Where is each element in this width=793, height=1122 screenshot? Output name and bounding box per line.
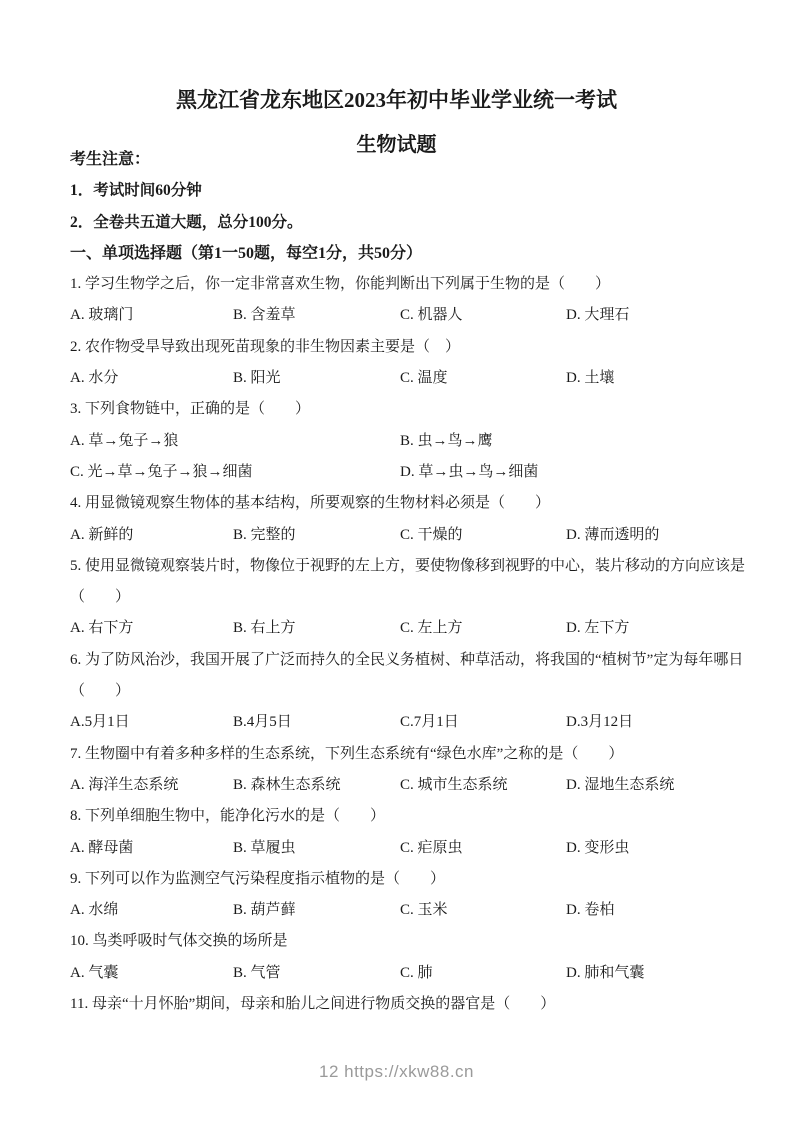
section-header: 一、单项选择题（第1一50题，每空1分，共50分） (70, 238, 753, 269)
question-stem: 3. 下列食物链中，正确的是（ ） (70, 394, 753, 425)
question-3: 3. 下列食物链中，正确的是（ ）A. 草→兔子→狼B. 虫→鸟→鹰C. 光→草… (70, 394, 753, 488)
options-row: A. 气囊B. 气管C. 肺D. 肺和气囊 (70, 958, 753, 989)
question-2: 2. 农作物受旱导致出现死苗现象的非生物因素主要是（ ）A. 水分B. 阳光C.… (70, 332, 753, 395)
options-row: C. 光→草→兔子→狼→细菌D. 草→虫→鸟→细菌 (70, 457, 753, 488)
option: A. 新鲜的 (70, 520, 233, 551)
option: A. 右下方 (70, 613, 233, 644)
option: B. 森林生态系统 (233, 770, 400, 801)
option: A. 水分 (70, 363, 233, 394)
exam-page: 黑龙江省龙东地区2023年初中毕业学业统一考试 生物试题 考生注意： 1．考试时… (0, 0, 793, 1122)
option: D. 左下方 (566, 613, 753, 644)
option: C. 温度 (400, 363, 566, 394)
option: C. 光→草→兔子→狼→细菌 (70, 457, 400, 488)
options-row: A. 右下方B. 右上方C. 左上方D. 左下方 (70, 613, 753, 644)
options-row: A. 玻璃门B. 含羞草C. 机器人D. 大理石 (70, 300, 753, 331)
option: C. 肺 (400, 958, 566, 989)
option: D. 湿地生态系统 (566, 770, 753, 801)
option: D. 土壤 (566, 363, 753, 394)
option: B. 葫芦藓 (233, 895, 400, 926)
option: C. 玉米 (400, 895, 566, 926)
option: A.5月1日 (70, 707, 233, 738)
question-8: 8. 下列单细胞生物中，能净化污水的是（ ）A. 酵母菌B. 草履虫C. 疟原虫… (70, 801, 753, 864)
options-row: A. 水绵B. 葫芦藓C. 玉米D. 卷柏 (70, 895, 753, 926)
option: B. 完整的 (233, 520, 400, 551)
option: A. 酵母菌 (70, 833, 233, 864)
options-row: A.5月1日B.4月5日C.7月1日D.3月12日 (70, 707, 753, 738)
option: C. 机器人 (400, 300, 566, 331)
question-stem: 4. 用显微镜观察生物体的基本结构，所要观察的生物材料必须是（ ） (70, 488, 753, 519)
options-row: A. 草→兔子→狼B. 虫→鸟→鹰 (70, 426, 753, 457)
question-7: 7. 生物圈中有着多种多样的生态系统，下列生态系统有“绿色水库”之称的是（ ）A… (70, 739, 753, 802)
question-stem: 9. 下列可以作为监测空气污染程度指示植物的是（ ） (70, 864, 753, 895)
option: A. 海洋生态系统 (70, 770, 233, 801)
question-4: 4. 用显微镜观察生物体的基本结构，所要观察的生物材料必须是（ ）A. 新鲜的B… (70, 488, 753, 551)
option: D. 大理石 (566, 300, 753, 331)
option: C.7月1日 (400, 707, 566, 738)
options-row: A. 酵母菌B. 草履虫C. 疟原虫D. 变形虫 (70, 833, 753, 864)
notice-item-1: 1．考试时间60分钟 (70, 175, 753, 206)
option: D. 薄而透明的 (566, 520, 753, 551)
question-stem: 2. 农作物受旱导致出现死苗现象的非生物因素主要是（ ） (70, 332, 753, 363)
options-row: A. 新鲜的B. 完整的C. 干燥的D. 薄而透明的 (70, 520, 753, 551)
question-stem: 1. 学习生物学之后，你一定非常喜欢生物，你能判断出下列属于生物的是（ ） (70, 269, 753, 300)
option: A. 气囊 (70, 958, 233, 989)
option: B.4月5日 (233, 707, 400, 738)
page-title: 黑龙江省龙东地区2023年初中毕业学业统一考试 (0, 84, 793, 114)
question-stem: 5. 使用显微镜观察装片时，物像位于视野的左上方，要使物像移到视野的中心，装片移… (70, 551, 753, 582)
question-stem: （ ） (70, 676, 753, 707)
option: D.3月12日 (566, 707, 753, 738)
question-6: 6. 为了防风治沙，我国开展了广泛而持久的全民义务植树、种草活动，将我国的“植树… (70, 645, 753, 739)
option: D. 肺和气囊 (566, 958, 753, 989)
question-10: 10. 鸟类呼吸时气体交换的场所是A. 气囊B. 气管C. 肺D. 肺和气囊 (70, 926, 753, 989)
option: D. 草→虫→鸟→细菌 (400, 457, 753, 488)
question-5: 5. 使用显微镜观察装片时，物像位于视野的左上方，要使物像移到视野的中心，装片移… (70, 551, 753, 645)
question-stem: 6. 为了防风治沙，我国开展了广泛而持久的全民义务植树、种草活动，将我国的“植树… (70, 645, 753, 676)
questions: 1. 学习生物学之后，你一定非常喜欢生物，你能判断出下列属于生物的是（ ）A. … (70, 269, 753, 1020)
question-stem: 8. 下列单细胞生物中，能净化污水的是（ ） (70, 801, 753, 832)
option: C. 城市生态系统 (400, 770, 566, 801)
options-row: A. 海洋生态系统B. 森林生态系统C. 城市生态系统D. 湿地生态系统 (70, 770, 753, 801)
page-footer-watermark: 12 https://xkw88.cn (0, 1062, 793, 1082)
question-11: 11. 母亲“十月怀胎”期间，母亲和胎儿之间进行物质交换的器官是（ ） (70, 989, 753, 1020)
option: A. 草→兔子→狼 (70, 426, 400, 457)
option: B. 气管 (233, 958, 400, 989)
option: C. 干燥的 (400, 520, 566, 551)
options-row: A. 水分B. 阳光C. 温度D. 土壤 (70, 363, 753, 394)
question-9: 9. 下列可以作为监测空气污染程度指示植物的是（ ）A. 水绵B. 葫芦藓C. … (70, 864, 753, 927)
option: A. 玻璃门 (70, 300, 233, 331)
option: D. 变形虫 (566, 833, 753, 864)
option: B. 虫→鸟→鹰 (400, 426, 753, 457)
question-stem: （ ） (70, 582, 753, 613)
option: C. 疟原虫 (400, 833, 566, 864)
notice-item-2: 2．全卷共五道大题，总分100分。 (70, 207, 753, 238)
option: C. 左上方 (400, 613, 566, 644)
exam-content: 考生注意： 1．考试时间60分钟 2．全卷共五道大题，总分100分。 一、单项选… (70, 144, 753, 1020)
question-stem: 11. 母亲“十月怀胎”期间，母亲和胎儿之间进行物质交换的器官是（ ） (70, 989, 753, 1020)
notice-header: 考生注意： (70, 144, 753, 175)
option: D. 卷柏 (566, 895, 753, 926)
question-stem: 10. 鸟类呼吸时气体交换的场所是 (70, 926, 753, 957)
question-stem: 7. 生物圈中有着多种多样的生态系统，下列生态系统有“绿色水库”之称的是（ ） (70, 739, 753, 770)
option: B. 右上方 (233, 613, 400, 644)
option: B. 阳光 (233, 363, 400, 394)
option: B. 草履虫 (233, 833, 400, 864)
question-1: 1. 学习生物学之后，你一定非常喜欢生物，你能判断出下列属于生物的是（ ）A. … (70, 269, 753, 332)
option: B. 含羞草 (233, 300, 400, 331)
option: A. 水绵 (70, 895, 233, 926)
